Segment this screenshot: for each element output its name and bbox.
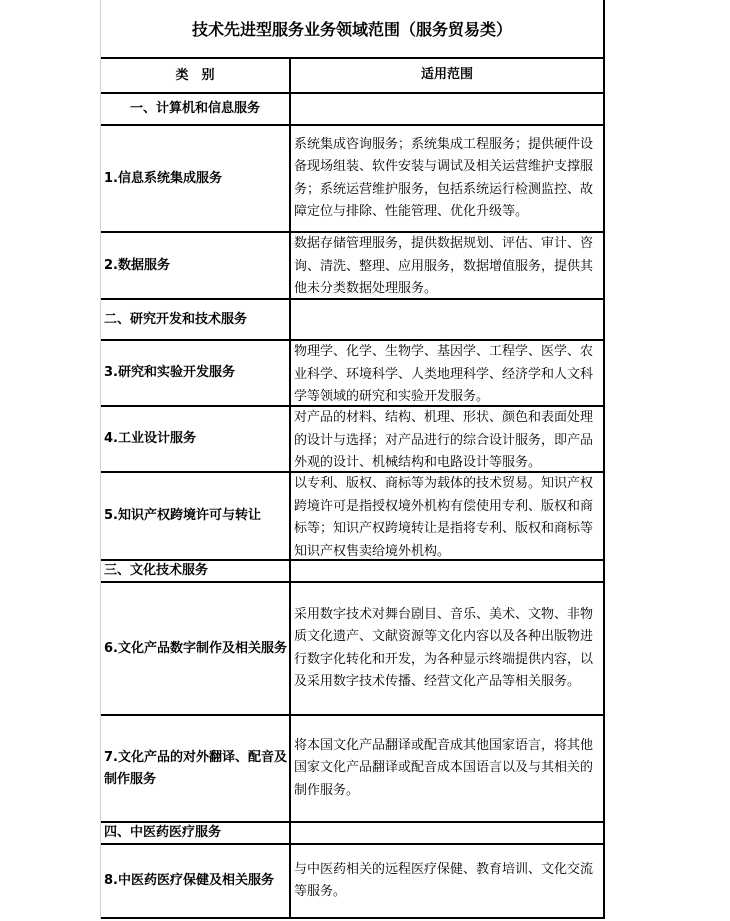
scope-cell [291, 94, 603, 124]
category-cell: 2.数据服务 [101, 233, 291, 298]
table-row: 4.工业设计服务 对产品的材料、结构、机理、形状、颜色和表面处理的设计与选择；对… [101, 405, 603, 471]
category-cell: 4.工业设计服务 [101, 407, 291, 471]
table-row-section: 一、计算机和信息服务 [101, 92, 603, 124]
table-row: 5.知识产权跨境许可与转让 以专利、版权、商标等为载体的技术贸易。知识产权跨境许… [101, 471, 603, 559]
scope-cell: 以专利、版权、商标等为载体的技术贸易。知识产权跨境许可是指授权境外机构有偿使用专… [291, 473, 603, 559]
category-cell: 7.文化产品的对外翻译、配音及制作服务 [101, 716, 291, 821]
service-scope-table: 技术先进型服务业务领域范围（服务贸易类） 类 别 适用范围 一、计算机和信息服务… [100, 0, 605, 919]
section-label: 一、计算机和信息服务 [101, 94, 291, 124]
scope-cell: 与中医药相关的远程医疗保健、教育培训、文化交流等服务。 [291, 845, 603, 917]
scope-cell [291, 561, 603, 581]
table-row: 7.文化产品的对外翻译、配音及制作服务 将本国文化产品翻译或配音成其他国家语言，… [101, 714, 603, 821]
table-row: 2.数据服务 数据存储管理服务，提供数据规划、评估、审计、咨询、清洗、整理、应用… [101, 231, 603, 298]
category-cell: 3.研究和实验开发服务 [101, 341, 291, 405]
section-label: 二、研究开发和技术服务 [101, 300, 291, 339]
table-row-section: 三、文化技术服务 [101, 559, 603, 581]
category-cell: 5.知识产权跨境许可与转让 [101, 473, 291, 559]
category-cell: 8.中医药医疗保健及相关服务 [101, 845, 291, 917]
scope-cell: 对产品的材料、结构、机理、形状、颜色和表面处理的设计与选择；对产品进行的综合设计… [291, 407, 603, 471]
table-row: 3.研究和实验开发服务 物理学、化学、生物学、基因学、工程学、医学、农业科学、环… [101, 339, 603, 405]
scope-cell: 系统集成咨询服务；系统集成工程服务；提供硬件设备现场组装、软件安装与调试及相关运… [291, 126, 603, 231]
document-title: 技术先进型服务业务领域范围（服务贸易类） [101, 0, 603, 57]
column-header-scope: 适用范围 [291, 59, 603, 92]
column-header-category: 类 别 [101, 59, 291, 92]
section-label: 四、中医药医疗服务 [101, 823, 291, 843]
table-row: 8.中医药医疗保健及相关服务 与中医药相关的远程医疗保健、教育培训、文化交流等服… [101, 843, 603, 919]
table-row: 6.文化产品数字制作及相关服务 采用数字技术对舞台剧目、音乐、美术、文物、非物质… [101, 581, 603, 714]
category-cell: 6.文化产品数字制作及相关服务 [101, 583, 291, 714]
scope-cell: 将本国文化产品翻译或配音成其他国家语言，将其他国家文化产品翻译或配音成本国语言以… [291, 716, 603, 821]
scope-cell: 数据存储管理服务，提供数据规划、评估、审计、咨询、清洗、整理、应用服务，数据增值… [291, 233, 603, 298]
table-row-section: 二、研究开发和技术服务 [101, 298, 603, 339]
scope-cell [291, 300, 603, 339]
table-header-row: 类 别 适用范围 [101, 57, 603, 92]
section-label: 三、文化技术服务 [101, 561, 291, 581]
scope-cell [291, 823, 603, 843]
table-row: 1.信息系统集成服务 系统集成咨询服务；系统集成工程服务；提供硬件设备现场组装、… [101, 124, 603, 231]
category-cell: 1.信息系统集成服务 [101, 126, 291, 231]
scope-cell: 物理学、化学、生物学、基因学、工程学、医学、农业科学、环境科学、人类地理科学、经… [291, 341, 603, 405]
scope-cell: 采用数字技术对舞台剧目、音乐、美术、文物、非物质文化遗产、文献资源等文化内容以及… [291, 583, 603, 714]
table-row-section: 四、中医药医疗服务 [101, 821, 603, 843]
